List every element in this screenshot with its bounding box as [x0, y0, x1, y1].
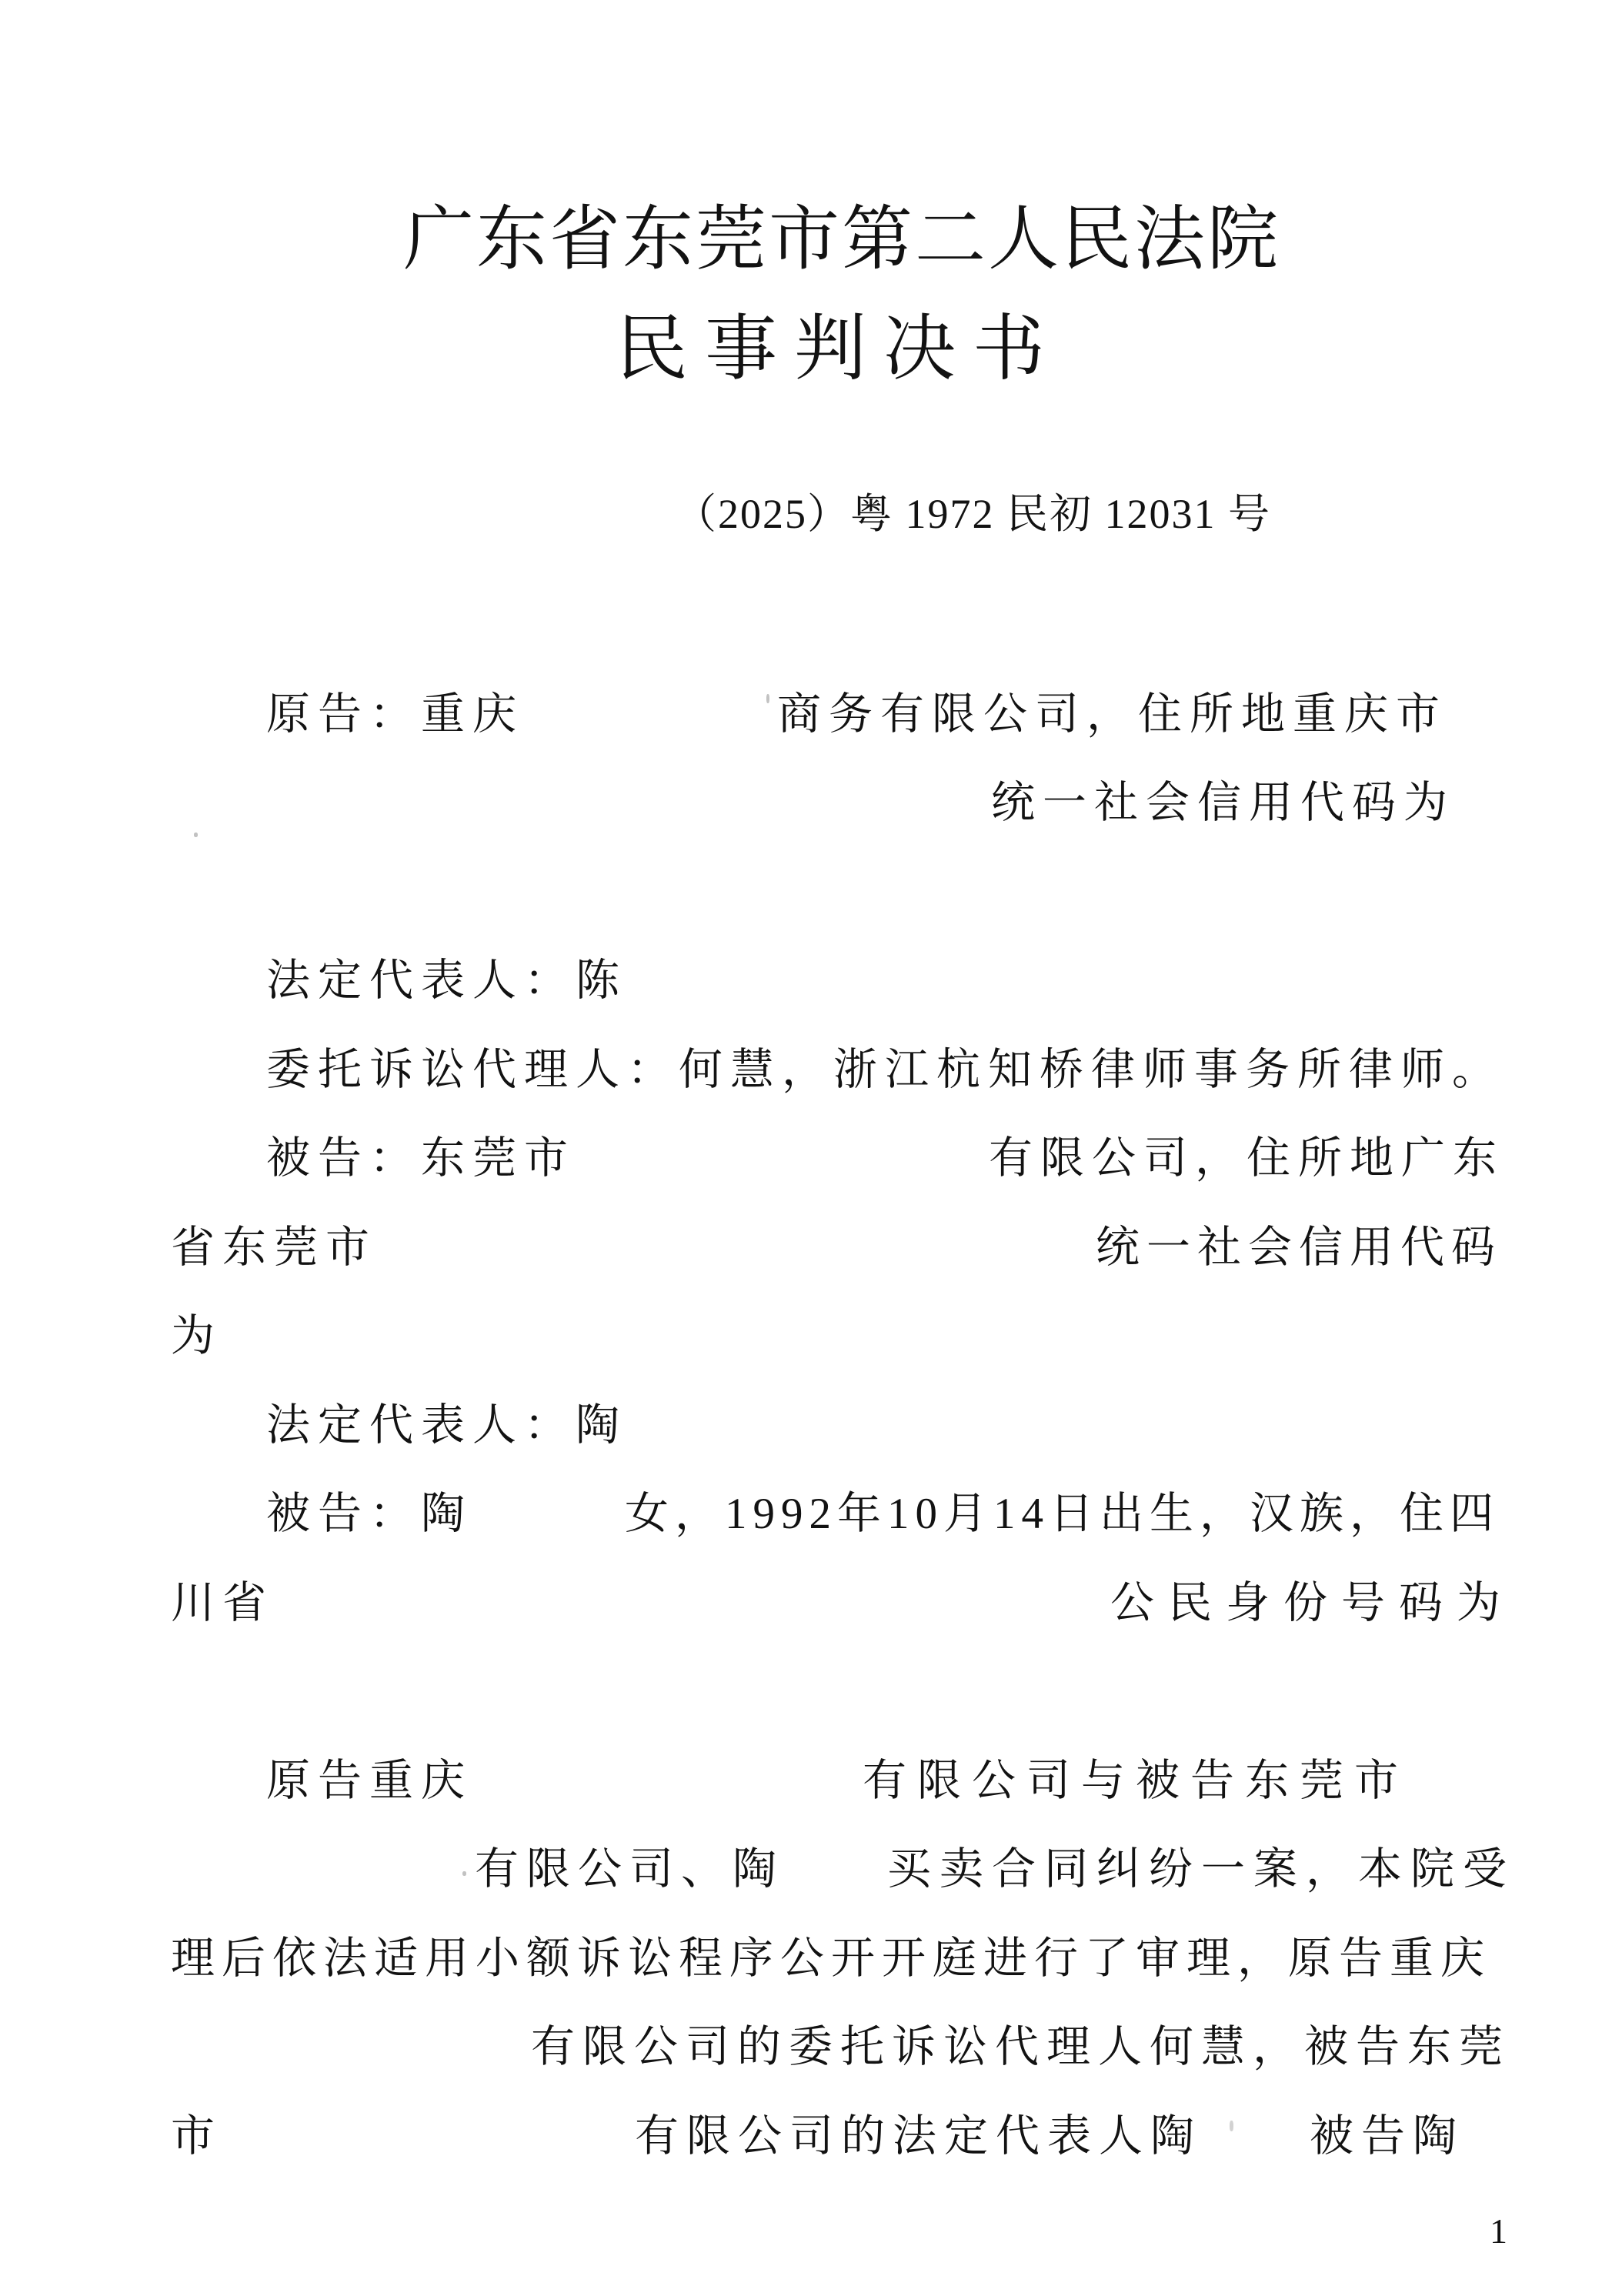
procedure-line: 理后依法适用小额诉讼程序公开开庭进行了审理，原告重庆 — [171, 1933, 1491, 1985]
plaintiff-credit-code-label: 统一社会信用代码为 — [991, 777, 1455, 829]
defendant1-credit-code-label: 统一社会信用代码 — [1096, 1222, 1502, 1274]
case-intro-plaintiff: 原告重庆 — [266, 1755, 472, 1807]
page-number: 1 — [1490, 2210, 1507, 2252]
defendant1-credit-code-continuation: 为 — [171, 1310, 222, 1363]
scan-artifact — [1230, 2121, 1233, 2131]
plaintiff-label: 原告：重庆 — [266, 689, 524, 741]
court-name: 广东省东莞市第二人民法院 — [403, 197, 1280, 282]
plaintiff-company-suffix: 商务有限公司，住所地重庆市 — [777, 689, 1447, 741]
defendant1-company-suffix: 有限公司，住所地广东 — [989, 1133, 1504, 1185]
judgment-page: 广东省东莞市第二人民法院 民事判决书 （2025）粤 1972 民初 12031… — [0, 0, 1622, 2296]
defendant2-label: 被告：陶 — [266, 1488, 472, 1540]
defendant1-address-continuation: 省东莞市 — [171, 1222, 377, 1274]
hearing-attendees-line2-suffix: 被告陶 — [1310, 2111, 1464, 2163]
scan-artifact — [766, 694, 769, 703]
scan-artifact — [194, 833, 198, 837]
defendant1-legal-representative: 法定代表人：陶 — [266, 1400, 627, 1452]
defendant1-label: 被告：东莞市 — [266, 1133, 576, 1185]
case-intro-dispute-type: 买卖合同纠纷一案，本院受 — [887, 1844, 1515, 1896]
hearing-attendees-line2-middle: 有限公司的法定代表人陶 — [635, 2111, 1202, 2163]
case-intro-defendants: 有限公司、陶 — [475, 1844, 784, 1896]
case-number: （2025）粤 1972 民初 12031 号 — [675, 489, 1271, 539]
defendant2-id-number-label: 公民身份号码为 — [1110, 1577, 1514, 1630]
scan-artifact — [462, 1871, 466, 1876]
plaintiff-attorney-line: 委托诉讼代理人：何慧，浙江杭知桥律师事务所律师。 — [266, 1044, 1504, 1096]
hearing-attendees-line2-prefix: 市 — [171, 2111, 222, 2163]
defendant2-personal-info: 女，1992年10月14日出生，汉族，住四 — [625, 1488, 1500, 1540]
case-intro-versus: 有限公司与被告东莞市 — [863, 1755, 1409, 1807]
document-type-title: 民事判决书 — [616, 306, 1062, 393]
hearing-attendees-line1: 有限公司的委托诉讼代理人何慧，被告东莞 — [531, 2021, 1510, 2074]
defendant2-address-continuation: 川省 — [171, 1577, 274, 1630]
plaintiff-legal-representative: 法定代表人：陈 — [266, 955, 627, 1007]
